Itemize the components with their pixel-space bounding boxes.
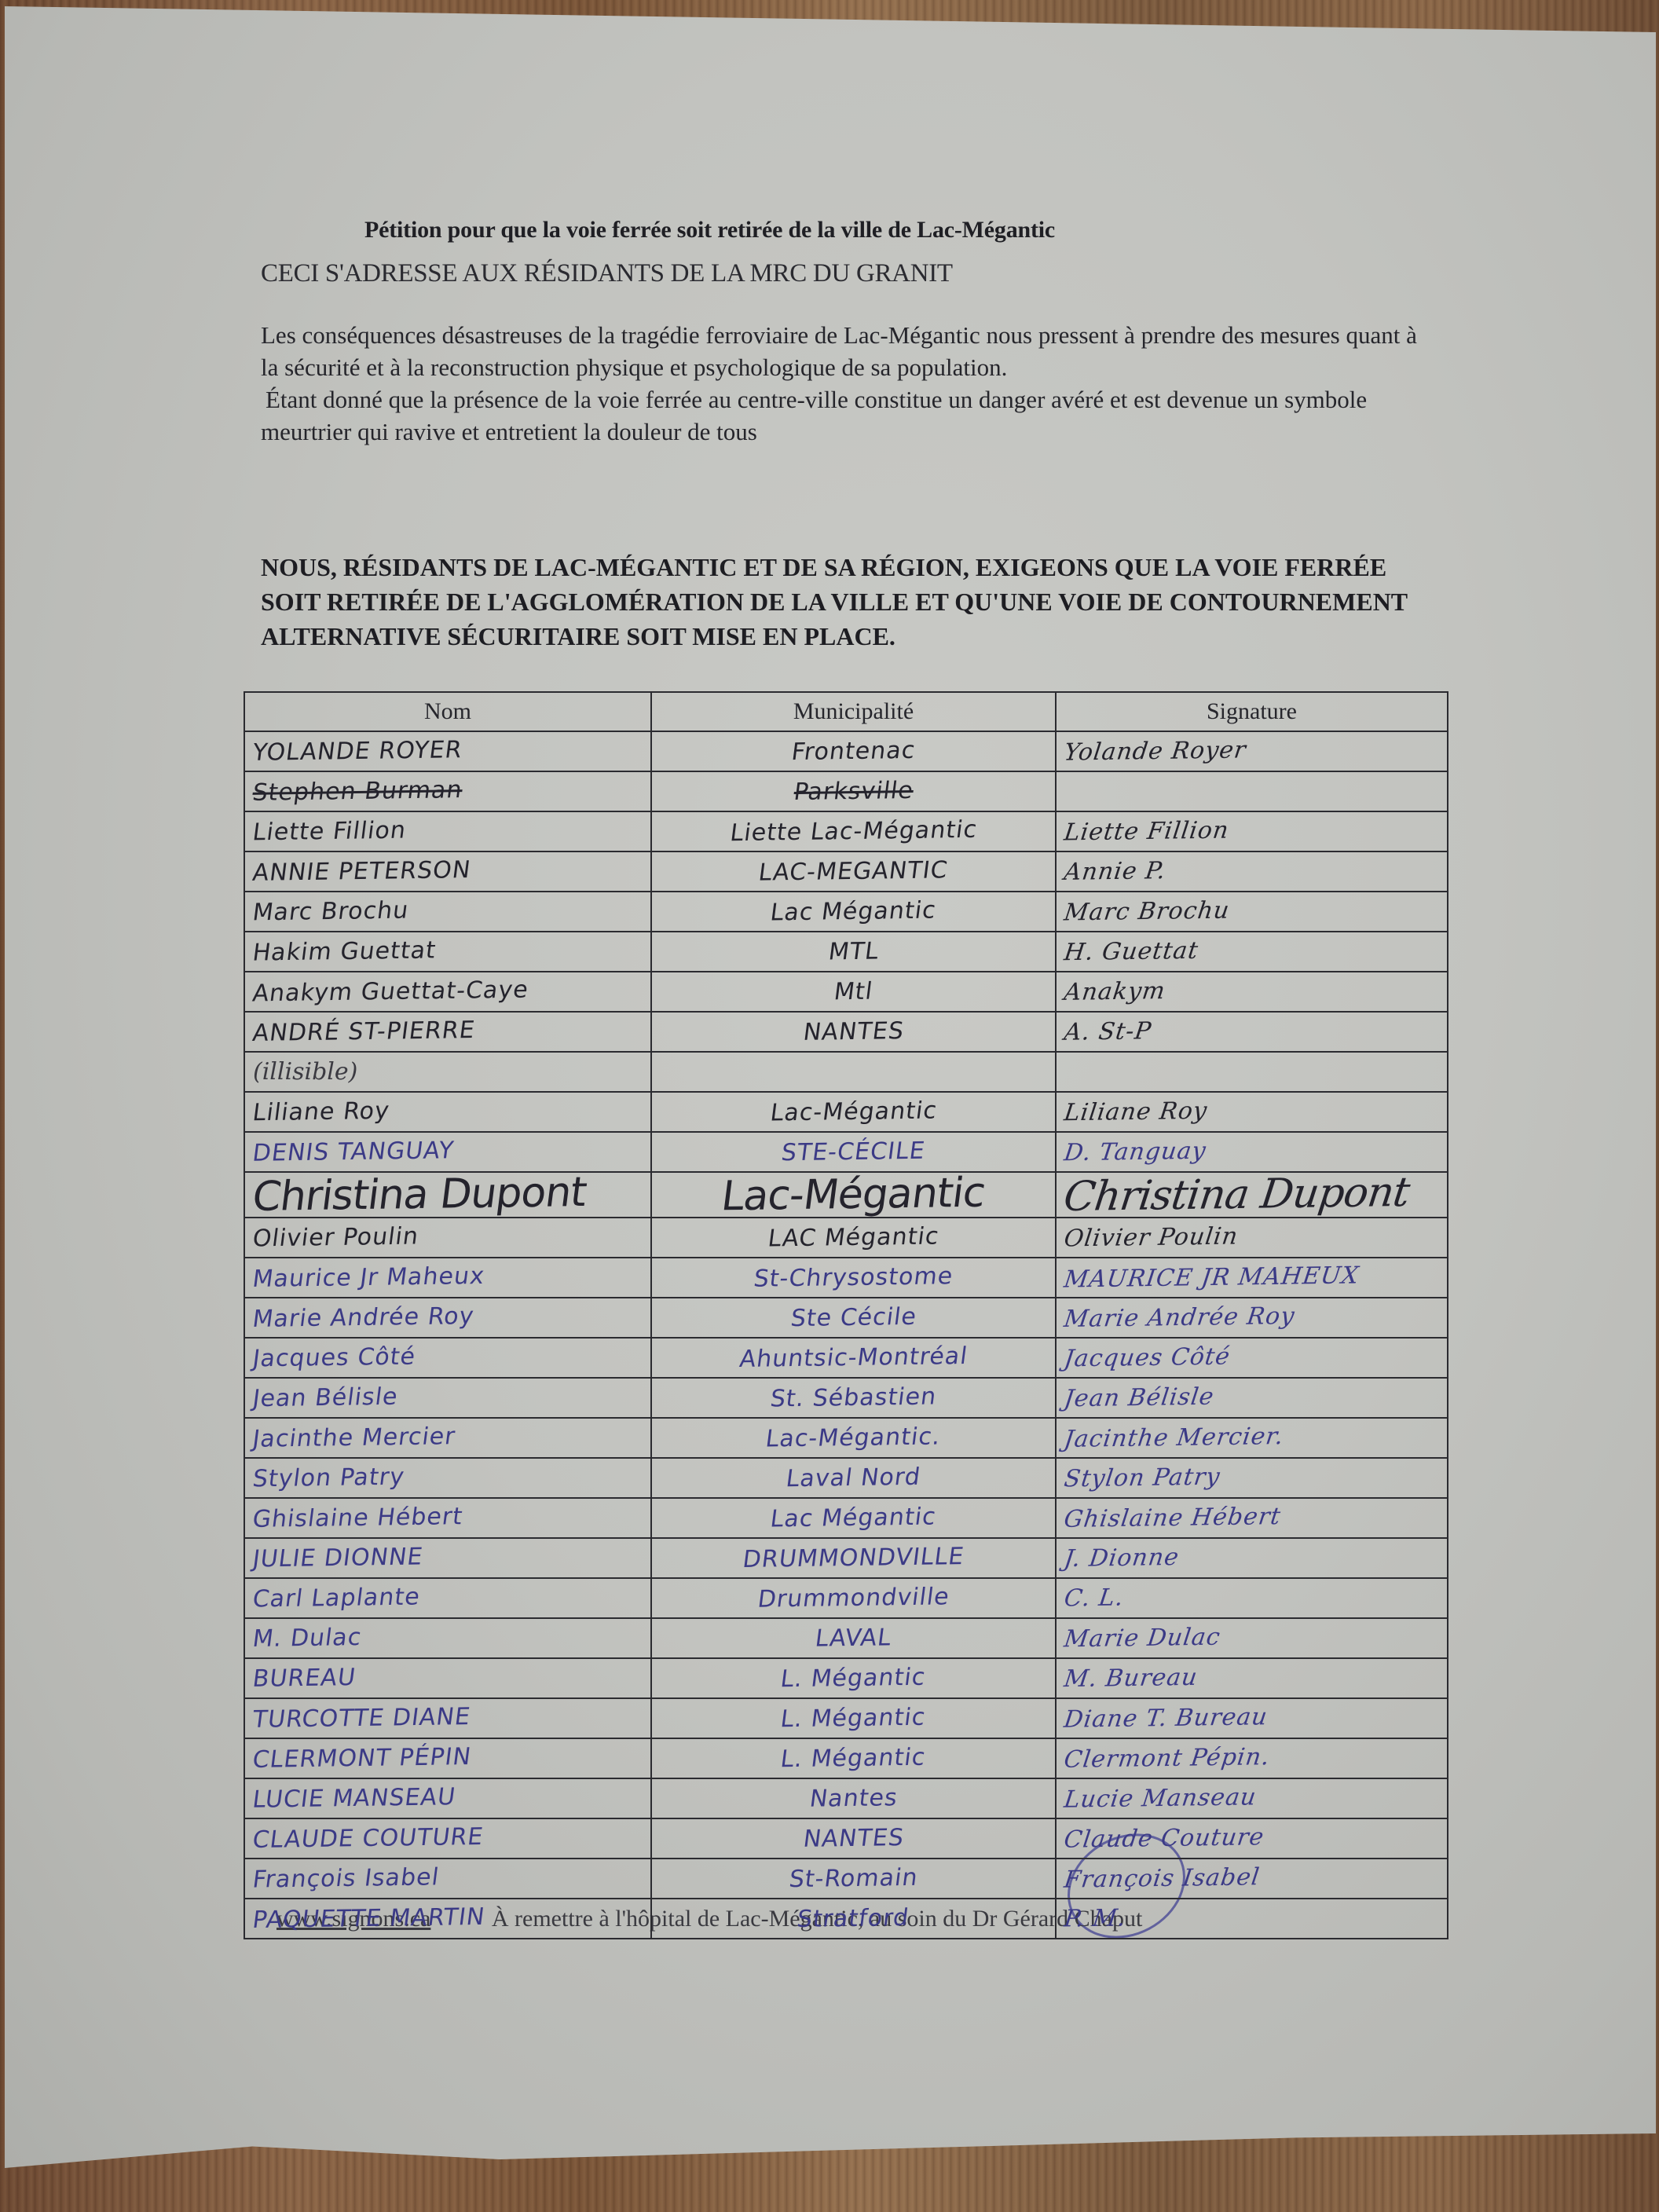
cell-nom: Anakym Guettat-Caye [244,972,651,1012]
cell-municipalite: Frontenac [651,731,1056,771]
column-header-signature: Signature [1056,692,1448,731]
cell-signature: P. M. [1056,1899,1448,1939]
handwritten-signature: H. Guettat [1062,932,1201,972]
petition-subtitle: CECI S'ADRESSE AUX RÉSIDANTS DE LA MRC D… [261,259,953,288]
table-row: Liette FillionLiette Lac-MéganticLiette … [244,811,1448,851]
cell-signature: Jacques Côté [1056,1338,1448,1378]
handwritten-signature: C. L. [1062,1578,1126,1617]
cell-signature: C. L. [1056,1578,1448,1618]
cell-signature: Yolande Royer [1056,731,1448,771]
table-row: CLAUDE COUTURENANTESClaude Couture [244,1818,1448,1859]
table-row: Jacques CôtéAhuntsic-MontréalJacques Côt… [244,1338,1448,1378]
handwritten-municipalite: L. Mégantic [778,1658,928,1699]
cell-nom: BUREAU [244,1658,651,1698]
cell-municipalite: L. Mégantic [651,1738,1056,1778]
cell-municipalite: Nantes [651,1778,1056,1818]
table-row: Maurice Jr MaheuxSt-ChrysostomeMAURICE J… [244,1258,1448,1298]
handwritten-nom: Maurice Jr Maheux [251,1257,487,1298]
cell-municipalite: NANTES [651,1818,1056,1859]
handwritten-nom: Ghislaine Hébert [251,1497,466,1539]
column-header-municipalite: Municipalité [651,692,1056,731]
table-row: Christina DupontLac-MéganticChristina Du… [244,1172,1448,1218]
cell-signature: Marie Dulac [1056,1618,1448,1658]
handwritten-nom: Carl Laplante [251,1578,423,1619]
cell-nom: YOLANDE ROYER [244,731,651,771]
cell-signature: Liette Fillion [1056,811,1448,851]
cell-signature: Stylon Patry [1056,1458,1448,1498]
table-row: Hakim GuettatMTLH. Guettat [244,932,1448,972]
cell-municipalite: LAC-MEGANTIC [651,851,1056,892]
cell-nom: Marie Andrée Roy [244,1298,651,1338]
table-row: TURCOTTE DIANEL. MéganticDiane T. Bureau [244,1698,1448,1738]
cell-nom: Jacinthe Mercier [244,1418,651,1458]
cell-nom: Maurice Jr Maheux [244,1258,651,1298]
cell-municipalite: St-Romain [651,1859,1056,1899]
cell-municipalite: St-Chrysostome [651,1258,1056,1298]
handwritten-municipalite: LAC-MEGANTIC [756,851,950,892]
cell-municipalite: L. Mégantic [651,1698,1056,1738]
cell-nom: (illisible) [244,1052,651,1092]
handwritten-municipalite: STE-CÉCILE [779,1132,928,1173]
handwritten-nom: CLAUDE COUTURE [251,1818,486,1859]
handwritten-nom: Christina Dupont [251,1174,589,1217]
cell-nom: LUCIE MANSEAU [244,1778,651,1818]
cell-municipalite: Lac-Mégantic [651,1092,1056,1132]
cell-signature: Annie P. [1056,851,1448,892]
intro-paragraph-1: Les conséquences désastreuses de la trag… [261,319,1439,383]
cell-municipalite: St. Sébastien [651,1378,1056,1418]
cell-municipalite: Lac-Mégantic [651,1172,1056,1218]
handwritten-signature: Marie Andrée Roy [1062,1297,1298,1339]
cell-nom: M. Dulac [244,1618,651,1658]
table-row: Marie Andrée RoySte CécileMarie Andrée R… [244,1298,1448,1338]
cell-municipalite: NANTES [651,1012,1056,1052]
table-row: CLERMONT PÉPINL. MéganticClermont Pépin. [244,1738,1448,1778]
handwritten-nom: TURCOTTE DIANE [251,1697,473,1739]
handwritten-signature: Jacques Côté [1062,1338,1232,1379]
cell-municipalite: STE-CÉCILE [651,1132,1056,1172]
cell-municipalite: Laval Nord [651,1458,1056,1498]
handwritten-municipalite: Liette Lac-Mégantic [727,811,980,852]
table-row: M. DulacLAVALMarie Dulac [244,1618,1448,1658]
handwritten-signature: Yolande Royer [1062,731,1249,771]
cell-signature [1056,1052,1448,1092]
handwritten-municipalite: DRUMMONDVILLE [741,1537,967,1579]
cell-nom: Hakim Guettat [244,932,651,972]
handwritten-municipalite: Frontenac [789,731,918,771]
handwritten-nom: Liliane Roy [251,1092,392,1132]
handwritten-nom: JULIE DIONNE [251,1537,426,1578]
handwritten-signature: D. Tanguay [1062,1132,1209,1173]
cell-municipalite: LAVAL [651,1618,1056,1658]
cell-municipalite: L. Mégantic [651,1658,1056,1698]
cell-nom: Olivier Poulin [244,1218,651,1258]
cell-municipalite: Drummondville [651,1578,1056,1618]
handwritten-signature: Jacinthe Mercier. [1062,1417,1287,1459]
handwritten-signature: Anakym [1062,972,1168,1012]
handwritten-municipalite: L. Mégantic [778,1698,928,1739]
handwritten-municipalite: Laval Nord [784,1458,923,1498]
petition-intro: Les conséquences désastreuses de la trag… [261,319,1439,448]
handwritten-municipalite: Nantes [807,1778,899,1818]
handwritten-municipalite: NANTES [800,1818,906,1859]
handwritten-signature: Jean Bélisle [1062,1378,1217,1419]
cell-signature: D. Tanguay [1056,1132,1448,1172]
table-row: DENIS TANGUAYSTE-CÉCILED. Tanguay [244,1132,1448,1172]
handwritten-signature: Marie Dulac [1062,1618,1223,1659]
cell-nom: ANNIE PETERSON [244,851,651,892]
intro-paragraph-2: Étant donné que la présence de la voie f… [261,383,1439,448]
table-row: ANNIE PETERSONLAC-MEGANTICAnnie P. [244,851,1448,892]
handwritten-signature: P. M. [1062,1899,1129,1938]
handwritten-signature: Ghislaine Hébert [1062,1497,1284,1539]
cell-nom: Liliane Roy [244,1092,651,1132]
handwritten-municipalite: Ste Cécile [788,1298,918,1338]
cell-nom: ANDRÉ ST-PIERRE [244,1012,651,1052]
table-row: Anakym Guettat-CayeMtlAnakym [244,972,1448,1012]
cell-nom: CLAUDE COUTURE [244,1818,651,1859]
handwritten-nom: Hakim Guettat [251,931,438,972]
cell-signature: Claude Couture [1056,1818,1448,1859]
petition-title: Pétition pour que la voie ferrée soit re… [364,217,1055,244]
cell-signature: J. Dionne [1056,1538,1448,1578]
handwritten-signature: Claude Couture [1062,1818,1267,1859]
cell-municipalite: Ahuntsic-Montréal [651,1338,1056,1378]
cell-signature: Ghislaine Hébert [1056,1498,1448,1538]
cell-municipalite: Lac-Mégantic. [651,1418,1056,1458]
handwritten-signature: Olivier Poulin [1062,1217,1240,1258]
handwritten-nom: M. Dulac [251,1618,364,1658]
handwritten-signature: Marc Brochu [1062,892,1232,932]
handwritten-signature: Liette Fillion [1062,811,1232,852]
cell-nom: Jacques Côté [244,1338,651,1378]
table-row: Jean BélisleSt. SébastienJean Bélisle [244,1378,1448,1418]
handwritten-nom: Liette Fillion [251,811,408,852]
handwritten-municipalite: St-Chrysostome [752,1257,956,1298]
handwritten-nom: Jacinthe Mercier [251,1417,458,1459]
handwritten-municipalite: L. Mégantic [778,1738,928,1779]
cell-signature: M. Bureau [1056,1658,1448,1698]
cell-signature: Clermont Pépin. [1056,1738,1448,1778]
cell-municipalite: DRUMMONDVILLE [651,1538,1056,1578]
table-row: YOLANDE ROYERFrontenacYolande Royer [244,731,1448,771]
table-row: Marc BrochuLac MéganticMarc Brochu [244,892,1448,932]
cell-nom: Carl Laplante [244,1578,651,1618]
cell-nom: DENIS TANGUAY [244,1132,651,1172]
table-row: (illisible) [244,1052,1448,1092]
handwritten-nom: Stylon Patry [251,1458,407,1499]
table-row: Jacinthe MercierLac-Mégantic.Jacinthe Me… [244,1418,1448,1458]
cell-signature: François Isabel [1056,1859,1448,1899]
handwritten-nom: CLERMONT PÉPIN [251,1738,474,1779]
table-row: LUCIE MANSEAUNantesLucie Manseau [244,1778,1448,1818]
handwritten-nom: Jean Bélisle [251,1378,401,1419]
handwritten-municipalite: MTL [826,932,881,972]
handwritten-municipalite: Lac Mégantic [768,1498,939,1539]
handwritten-signature: Lucie Manseau [1062,1778,1259,1818]
cell-signature: Olivier Poulin [1056,1218,1448,1258]
handwritten-nom: François Isabel [251,1858,442,1899]
cell-nom: Christina Dupont [244,1172,651,1218]
table-row: Ghislaine HébertLac MéganticGhislaine Hé… [244,1498,1448,1538]
cell-signature: Jean Bélisle [1056,1378,1448,1418]
cell-nom: JULIE DIONNE [244,1538,651,1578]
cell-municipalite: Ste Cécile [651,1298,1056,1338]
cell-nom: Marc Brochu [244,892,651,932]
cell-signature: Diane T. Bureau [1056,1698,1448,1738]
handwritten-nom: LUCIE MANSEAU [251,1778,458,1819]
cell-signature: Lucie Manseau [1056,1778,1448,1818]
cell-municipalite: Lac Mégantic [651,1498,1056,1538]
cell-signature: MAURICE JR MAHEUX [1056,1258,1448,1298]
handwritten-nom: ANNIE PETERSON [251,851,474,892]
cell-municipalite: Parksville [651,771,1056,811]
table-row: ANDRÉ ST-PIERRENANTESA. St-P [244,1012,1448,1052]
handwritten-signature: Stylon Patry [1062,1458,1223,1499]
cell-municipalite: MTL [651,932,1056,972]
handwritten-municipalite: NANTES [800,1012,906,1052]
signature-table: Nom Municipalité Signature YOLANDE ROYER… [244,691,1448,1939]
cell-municipalite: Stratford [651,1899,1056,1939]
handwritten-nom: DENIS TANGUAY [251,1131,456,1173]
handwritten-municipalite: St. Sébastien [768,1378,939,1419]
handwritten-municipalite: Mtl [832,972,875,1012]
cell-signature: H. Guettat [1056,932,1448,972]
handwritten-signature: M. Bureau [1062,1658,1200,1698]
handwritten-municipalite: Lac Mégantic [768,892,939,932]
signature-rows: YOLANDE ROYERFrontenacYolande RoyerSteph… [244,731,1448,1939]
handwritten-nom: BUREAU [251,1658,358,1698]
cell-municipalite: LAC Mégantic [651,1218,1056,1258]
handwritten-nom: Olivier Poulin [251,1218,421,1258]
cell-nom: Liette Fillion [244,811,651,851]
handwritten-nom: (illisible) [253,1058,357,1086]
cell-municipalite: Liette Lac-Mégantic [651,811,1056,851]
table-row: BUREAUL. MéganticM. Bureau [244,1658,1448,1698]
handwritten-nom: Marc Brochu [251,892,412,932]
handwritten-signature: François Isabel [1062,1858,1262,1899]
handwritten-signature: A. St-P [1062,1012,1154,1052]
cell-signature: A. St-P [1056,1012,1448,1052]
handwritten-nom: YOLANDE ROYER [251,731,465,772]
handwritten-signature: MAURICE JR MAHEUX [1062,1256,1362,1298]
petition-demand: NOUS, RÉSIDANTS DE LAC-MÉGANTIC ET DE SA… [261,550,1439,654]
cell-signature: Jacinthe Mercier. [1056,1418,1448,1458]
handwritten-nom: ANDRÉ ST-PIERRE [251,1011,478,1053]
cell-nom: Stephen Burman [244,771,651,811]
cell-nom: CLERMONT PÉPIN [244,1738,651,1778]
cell-signature: Marie Andrée Roy [1056,1298,1448,1338]
handwritten-signature: Clermont Pépin. [1062,1738,1273,1779]
handwritten-nom: Marie Andrée Roy [251,1297,477,1339]
table-row: Stephen BurmanParksville [244,771,1448,811]
handwritten-municipalite: St-Romain [787,1859,921,1899]
handwritten-municipalite: Drummondville [755,1577,951,1618]
handwritten-municipalite: Stratford [795,1899,912,1939]
handwritten-nom: Stephen Burman [251,771,465,812]
table-row: Liliane RoyLac-MéganticLiliane Roy [244,1092,1448,1132]
handwritten-nom: Anakym Guettat-Caye [251,971,531,1013]
cell-municipalite: Lac Mégantic [651,892,1056,932]
cell-municipalite [651,1052,1056,1092]
cell-signature: Anakym [1056,972,1448,1012]
table-row: Carl LaplanteDrummondvilleC. L. [244,1578,1448,1618]
cell-nom: Jean Bélisle [244,1378,651,1418]
handwritten-signature: Diane T. Bureau [1062,1697,1270,1739]
handwritten-municipalite: Lac-Mégantic [767,1092,939,1133]
cell-signature [1056,771,1448,811]
cell-nom: Ghislaine Hébert [244,1498,651,1538]
handwritten-municipalite: Lac-Mégantic [720,1174,987,1217]
handwritten-municipalite: LAC Mégantic [766,1217,942,1258]
table-row: François IsabelSt-RomainFrançois Isabel [244,1859,1448,1899]
table-row: PAQUETTE MARTINStratfordP. M. [244,1899,1448,1939]
cell-nom: TURCOTTE DIANE [244,1698,651,1738]
handwritten-signature: J. Dionne [1062,1538,1181,1578]
cell-signature: Christina Dupont [1056,1172,1448,1218]
handwritten-municipalite: Lac-Mégantic. [764,1417,943,1458]
handwritten-municipalite: LAVAL [813,1618,894,1657]
handwritten-signature: Christina Dupont [1061,1174,1411,1217]
handwritten-signature: Annie P. [1062,851,1168,892]
handwritten-municipalite: Ahuntsic-Montréal [737,1337,969,1379]
cell-nom: Stylon Patry [244,1458,651,1498]
table-row: Olivier PoulinLAC MéganticOlivier Poulin [244,1218,1448,1258]
handwritten-nom: PAQUETTE MARTIN [251,1898,488,1939]
cell-nom: François Isabel [244,1859,651,1899]
handwritten-municipalite: Parksville [791,771,915,811]
cell-nom: PAQUETTE MARTIN [244,1899,651,1939]
handwritten-signature: Liliane Roy [1062,1092,1210,1133]
table-row: JULIE DIONNEDRUMMONDVILLEJ. Dionne [244,1538,1448,1578]
cell-signature: Liliane Roy [1056,1092,1448,1132]
cell-signature: Marc Brochu [1056,892,1448,932]
column-header-nom: Nom [244,692,651,731]
table-row: Stylon PatryLaval NordStylon Patry [244,1458,1448,1498]
table-header-row: Nom Municipalité Signature [244,692,1448,731]
handwritten-nom: Jacques Côté [251,1338,419,1379]
cell-municipalite: Mtl [651,972,1056,1012]
